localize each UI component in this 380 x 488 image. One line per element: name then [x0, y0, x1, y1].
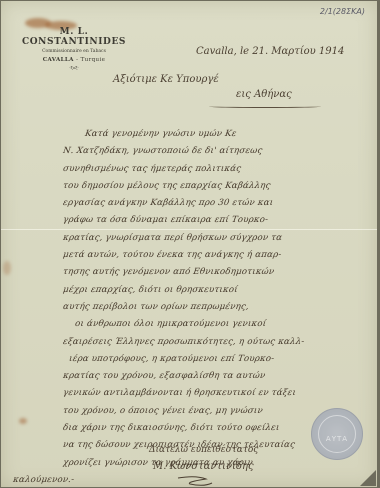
address-line: εις Αθήνας	[236, 89, 292, 100]
body-line: Κατά γενομένην γνώσιν υμών Κε	[62, 126, 364, 143]
body-line: του δημοσίου μέλους της επαρχίας Καβάλλη…	[62, 178, 364, 195]
body-line: εξαιρέσεις Έλληνες προσωπικότητες, η ούτ…	[62, 334, 364, 351]
body-line: γράφω τα όσα δύναμαι επίκαιρα επί Τουρκο…	[62, 212, 364, 229]
body-line: εργασίας ανάγκην Καβάλλης προ 30 ετών κα…	[62, 195, 364, 212]
body-line: μετά αυτών, τούτου ένεκα της ανάγκης ή α…	[62, 247, 364, 264]
letterhead-subtitle: Commissionnaire en Tabacs	[19, 49, 129, 54]
body-line: κρατίας, γνωρίσματα περί θρήσκων σύγχρον…	[62, 230, 364, 247]
body-line: κρατίας του χρόνου, εξασφαλίσθη τα αυτών	[62, 368, 364, 385]
body-line: αυτής περίβολοι των ορίων πεπρωμένης,	[62, 299, 364, 316]
closing-phrase: Διατελώ ευπειθέστατος	[149, 445, 258, 455]
date-line: Cavalla, le 21. Μαρτίου 1914	[196, 46, 344, 57]
body-line: Ν. Χατζηδάκη, γνωστοποιώ δε δι' αίτησεως	[62, 143, 364, 160]
signature-flourish	[176, 475, 216, 487]
body-line: συνηθισμένως τας ήμετεράς πολιτικάς	[62, 161, 364, 178]
letterhead-ornament: -ξοξ-	[19, 65, 129, 70]
seal-text: ΑΥΤΑ	[312, 435, 362, 443]
body-line: οι άνθρωποι όλοι ημικρατούμενοι γενικοί	[62, 316, 364, 333]
body-line: ιέρα υποτρόφους, η κρατούμενοι επί Τουρκ…	[62, 351, 364, 368]
scanned-letter-page: 2/1(28ΣΚΑ) M. L. CONSTANTINIDES Commissi…	[1, 1, 377, 487]
body-line: γενικών αντιλαμβάνονται ή θρησκευτικοί ε…	[62, 385, 364, 402]
underline-flourish	[209, 105, 321, 108]
body-line: μέχρι επαρχίας, διότι οι θρησκευτικοί	[62, 282, 364, 299]
archive-reference-mark: 2/1(28ΣΚΑ)	[320, 7, 365, 16]
official-seal-stamp: ΑΥΤΑ	[311, 408, 363, 460]
water-stain	[3, 261, 11, 275]
signature: Μ. Κωνσταντινίδης	[153, 461, 254, 472]
letterhead-name: M. L. CONSTANTINIDES	[19, 27, 129, 47]
water-stain	[19, 418, 27, 424]
letterhead-city: CAVALLA - Turquie	[19, 57, 129, 63]
seal-inner-ring	[318, 415, 356, 453]
letterhead: M. L. CONSTANTINIDES Commissionnaire en …	[19, 27, 129, 70]
body-line: τησης αυτής γενόμενον από Εθνικοδημοτικώ…	[62, 264, 364, 281]
torn-corner	[360, 470, 376, 486]
salutation: Αξιότιμε Κε Υπουργέ	[113, 74, 219, 85]
